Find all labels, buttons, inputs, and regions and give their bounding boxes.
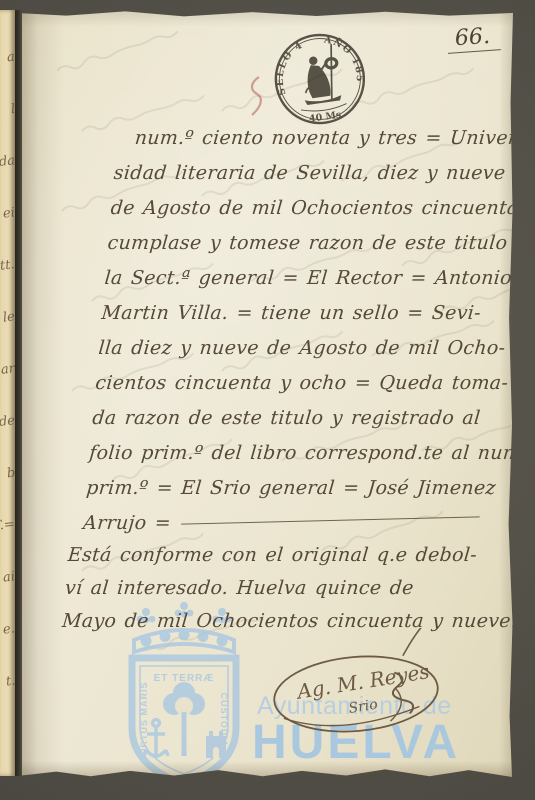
previous-page-text-fragment: b — [6, 466, 15, 482]
folio-number-text: 66. — [446, 23, 501, 54]
previous-page-text-fragment: le — [2, 309, 15, 325]
manuscript-line: ví al interesado. Huelva quince de — [64, 572, 513, 605]
manuscript-line: cumplase y tomese razon de este titulo e… — [106, 226, 513, 261]
folio-number: 66. — [446, 23, 501, 54]
scanned-document-photo: aldaeitt.leardebT.=aie.t. — [0, 0, 535, 800]
signature-name: Ag. M. Reyes — [294, 659, 432, 704]
previous-page-text-fragment: ei — [2, 205, 15, 221]
previous-page-text-fragment: e. — [2, 621, 15, 637]
red-ink-mark — [246, 75, 268, 119]
manuscript-line: cientos cincuenta y ocho = Queda toma- — [94, 366, 503, 401]
manuscript-line: Martin Villa. = tiene un sello = Sevi- — [100, 296, 509, 331]
signature: Ag. M. Reyes Srio — [268, 628, 445, 748]
manuscript-block-1: num.º ciento noventa y tres = Univer-sid… — [82, 121, 513, 541]
signature-title: Srio — [347, 697, 378, 717]
binding-gutter — [15, 10, 22, 776]
previous-page-text-fragment: t. — [5, 674, 15, 690]
svg-text:SELLO 4º: SELLO 4º — [263, 21, 311, 98]
previous-page-text-fragment: ai — [2, 569, 15, 585]
stamp-seated-figure — [297, 44, 342, 106]
previous-page-text-fragment: T.= — [0, 517, 15, 534]
manuscript-line: sidad literaria de Sevilla, diez y nueve — [112, 156, 513, 191]
previous-page-text-fragment: de — [0, 413, 15, 430]
manuscript-line: lla diez y nueve de Agosto de mil Ocho- — [97, 331, 506, 366]
manuscript-line: de Agosto de mil Ochocientos cincuenta y… — [109, 191, 513, 226]
manuscript-block-2: Está conforme con el original q.e debol-… — [61, 539, 513, 638]
manuscript-line: folio prim.º del libro correspond.te al … — [88, 436, 497, 471]
document-page: 66. SELLO 4º AÑO 1859 40 Ms — [22, 11, 513, 777]
previous-page-edge: aldaeitt.leardebT.=aie.t. — [0, 10, 15, 776]
manuscript-line: da razon de este titulo y registrado al — [91, 401, 500, 436]
stamp-arc-left-text: SELLO 4º — [263, 21, 311, 98]
previous-page-text-fragment: da — [0, 153, 15, 170]
manuscript-line: Arrujo = — [82, 506, 491, 541]
previous-page-text-fragment: a — [6, 50, 15, 66]
manuscript-line: num.º ciento noventa y tres = Univer- — [115, 121, 513, 156]
previous-page-text-fragment: tt. — [0, 257, 15, 273]
manuscript-rule-line — [181, 516, 480, 526]
signature-upstroke — [400, 628, 424, 656]
manuscript-line: Está conforme con el original q.e debol- — [66, 539, 513, 572]
manuscript-line: la Sect.ª general = El Rector = Antonio — [103, 261, 512, 296]
previous-page-text-fragment: ar — [0, 361, 15, 377]
manuscript-line: prim.º = El Srio general = José Jimenez — [85, 471, 494, 506]
